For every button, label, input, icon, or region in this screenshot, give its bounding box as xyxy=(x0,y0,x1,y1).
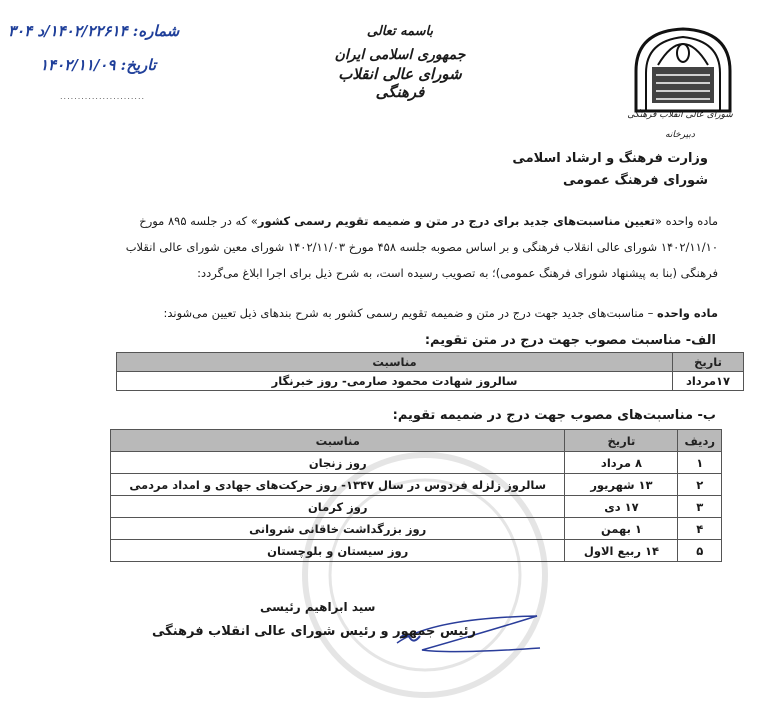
section-a-table: تاریخ مناسبت ۱۷مرداد سالروز شهادت محمود … xyxy=(116,352,744,391)
number-label: شماره: xyxy=(133,22,179,40)
watermark-stamp-icon xyxy=(300,440,550,710)
date-label: تاریخ: xyxy=(121,56,156,74)
letter-date: تاریخ: ۱۴۰۲/۱۱/۰۹ xyxy=(40,56,156,74)
section-a-title: الف- مناسبت مصوب جهت درج در متن تقویم: xyxy=(425,333,716,348)
intro-prefix: ماده واحده « xyxy=(655,214,718,228)
section-b-title: ب- مناسبت‌های مصوب جهت درج در ضمیمه تقوی… xyxy=(393,408,716,423)
letterhead: باسمه تعالی جمهوری اسلامی ایران شورای عا… xyxy=(330,24,470,101)
intro-title: تعیین مناسبت‌های جدید برای درج در متن و … xyxy=(258,214,655,228)
invocation: باسمه تعالی xyxy=(330,24,470,39)
header-date: تاریخ xyxy=(565,430,678,452)
article-paragraph: ماده واحده – مناسبت‌های جدید جهت درج در … xyxy=(112,303,718,323)
logo-subcaption: دبیرخانه xyxy=(620,130,740,140)
recipient-ministry: وزارت فرهنگ و ارشاد اسلامی xyxy=(512,148,708,170)
attachment-dotted-line: ........................ xyxy=(60,92,145,101)
cell-row-number: ۲ xyxy=(678,474,722,496)
logo-caption: شورای عالی انقلاب فرهنگی xyxy=(620,110,740,120)
date-value: ۱۴۰۲/۱۱/۰۹ xyxy=(40,56,115,74)
article-label: ماده واحده xyxy=(657,306,718,320)
cell-row-number: ۴ xyxy=(678,518,722,540)
letter-number: شماره: ۱۴۰۲/۲۲۶۱۴/د ۳۰۴ xyxy=(8,22,179,40)
cell-date: ۸ مرداد xyxy=(565,452,678,474)
table-row: ۱۷مرداد سالروز شهادت محمود صارمی- روز خب… xyxy=(117,372,744,391)
cell-occasion: سالروز شهادت محمود صارمی- روز خبرنگار xyxy=(117,372,673,391)
cell-date: ۱۷مرداد xyxy=(673,372,744,391)
cell-date: ۱۴ ربیع الاول xyxy=(565,540,678,562)
header-row-number: ردیف xyxy=(678,430,722,452)
intro-paragraph: ماده واحده «تعیین مناسبت‌های جدید برای د… xyxy=(112,208,718,286)
recipient-council: شورای فرهنگ عمومی xyxy=(512,170,708,192)
table-header-row: تاریخ مناسبت xyxy=(117,353,744,372)
number-value: ۱۴۰۲/۲۲۶۱۴/د ۳۰۴ xyxy=(8,22,128,40)
cell-row-number: ۳ xyxy=(678,496,722,518)
country-name: جمهوری اسلامی ایران xyxy=(330,47,470,63)
council-logo-icon xyxy=(628,25,738,113)
cell-date: ۱۷ دی xyxy=(565,496,678,518)
recipient-block: وزارت فرهنگ و ارشاد اسلامی شورای فرهنگ ع… xyxy=(512,148,708,192)
cell-date: ۱ بهمن xyxy=(565,518,678,540)
article-text: – مناسبت‌های جدید جهت درج در متن و ضمیمه… xyxy=(163,306,657,320)
signatory-name: سید ابراهیم رئیسی xyxy=(260,600,375,614)
council-name: شورای عالی انقلاب فرهنگی xyxy=(330,65,470,101)
cell-row-number: ۱ xyxy=(678,452,722,474)
header-date: تاریخ xyxy=(673,353,744,372)
header-occasion: مناسبت xyxy=(117,353,673,372)
signatory-title: رئیس جمهور و رئیس شورای عالی انقلاب فرهن… xyxy=(152,624,476,639)
cell-row-number: ۵ xyxy=(678,540,722,562)
cell-date: ۱۳ شهریور xyxy=(565,474,678,496)
